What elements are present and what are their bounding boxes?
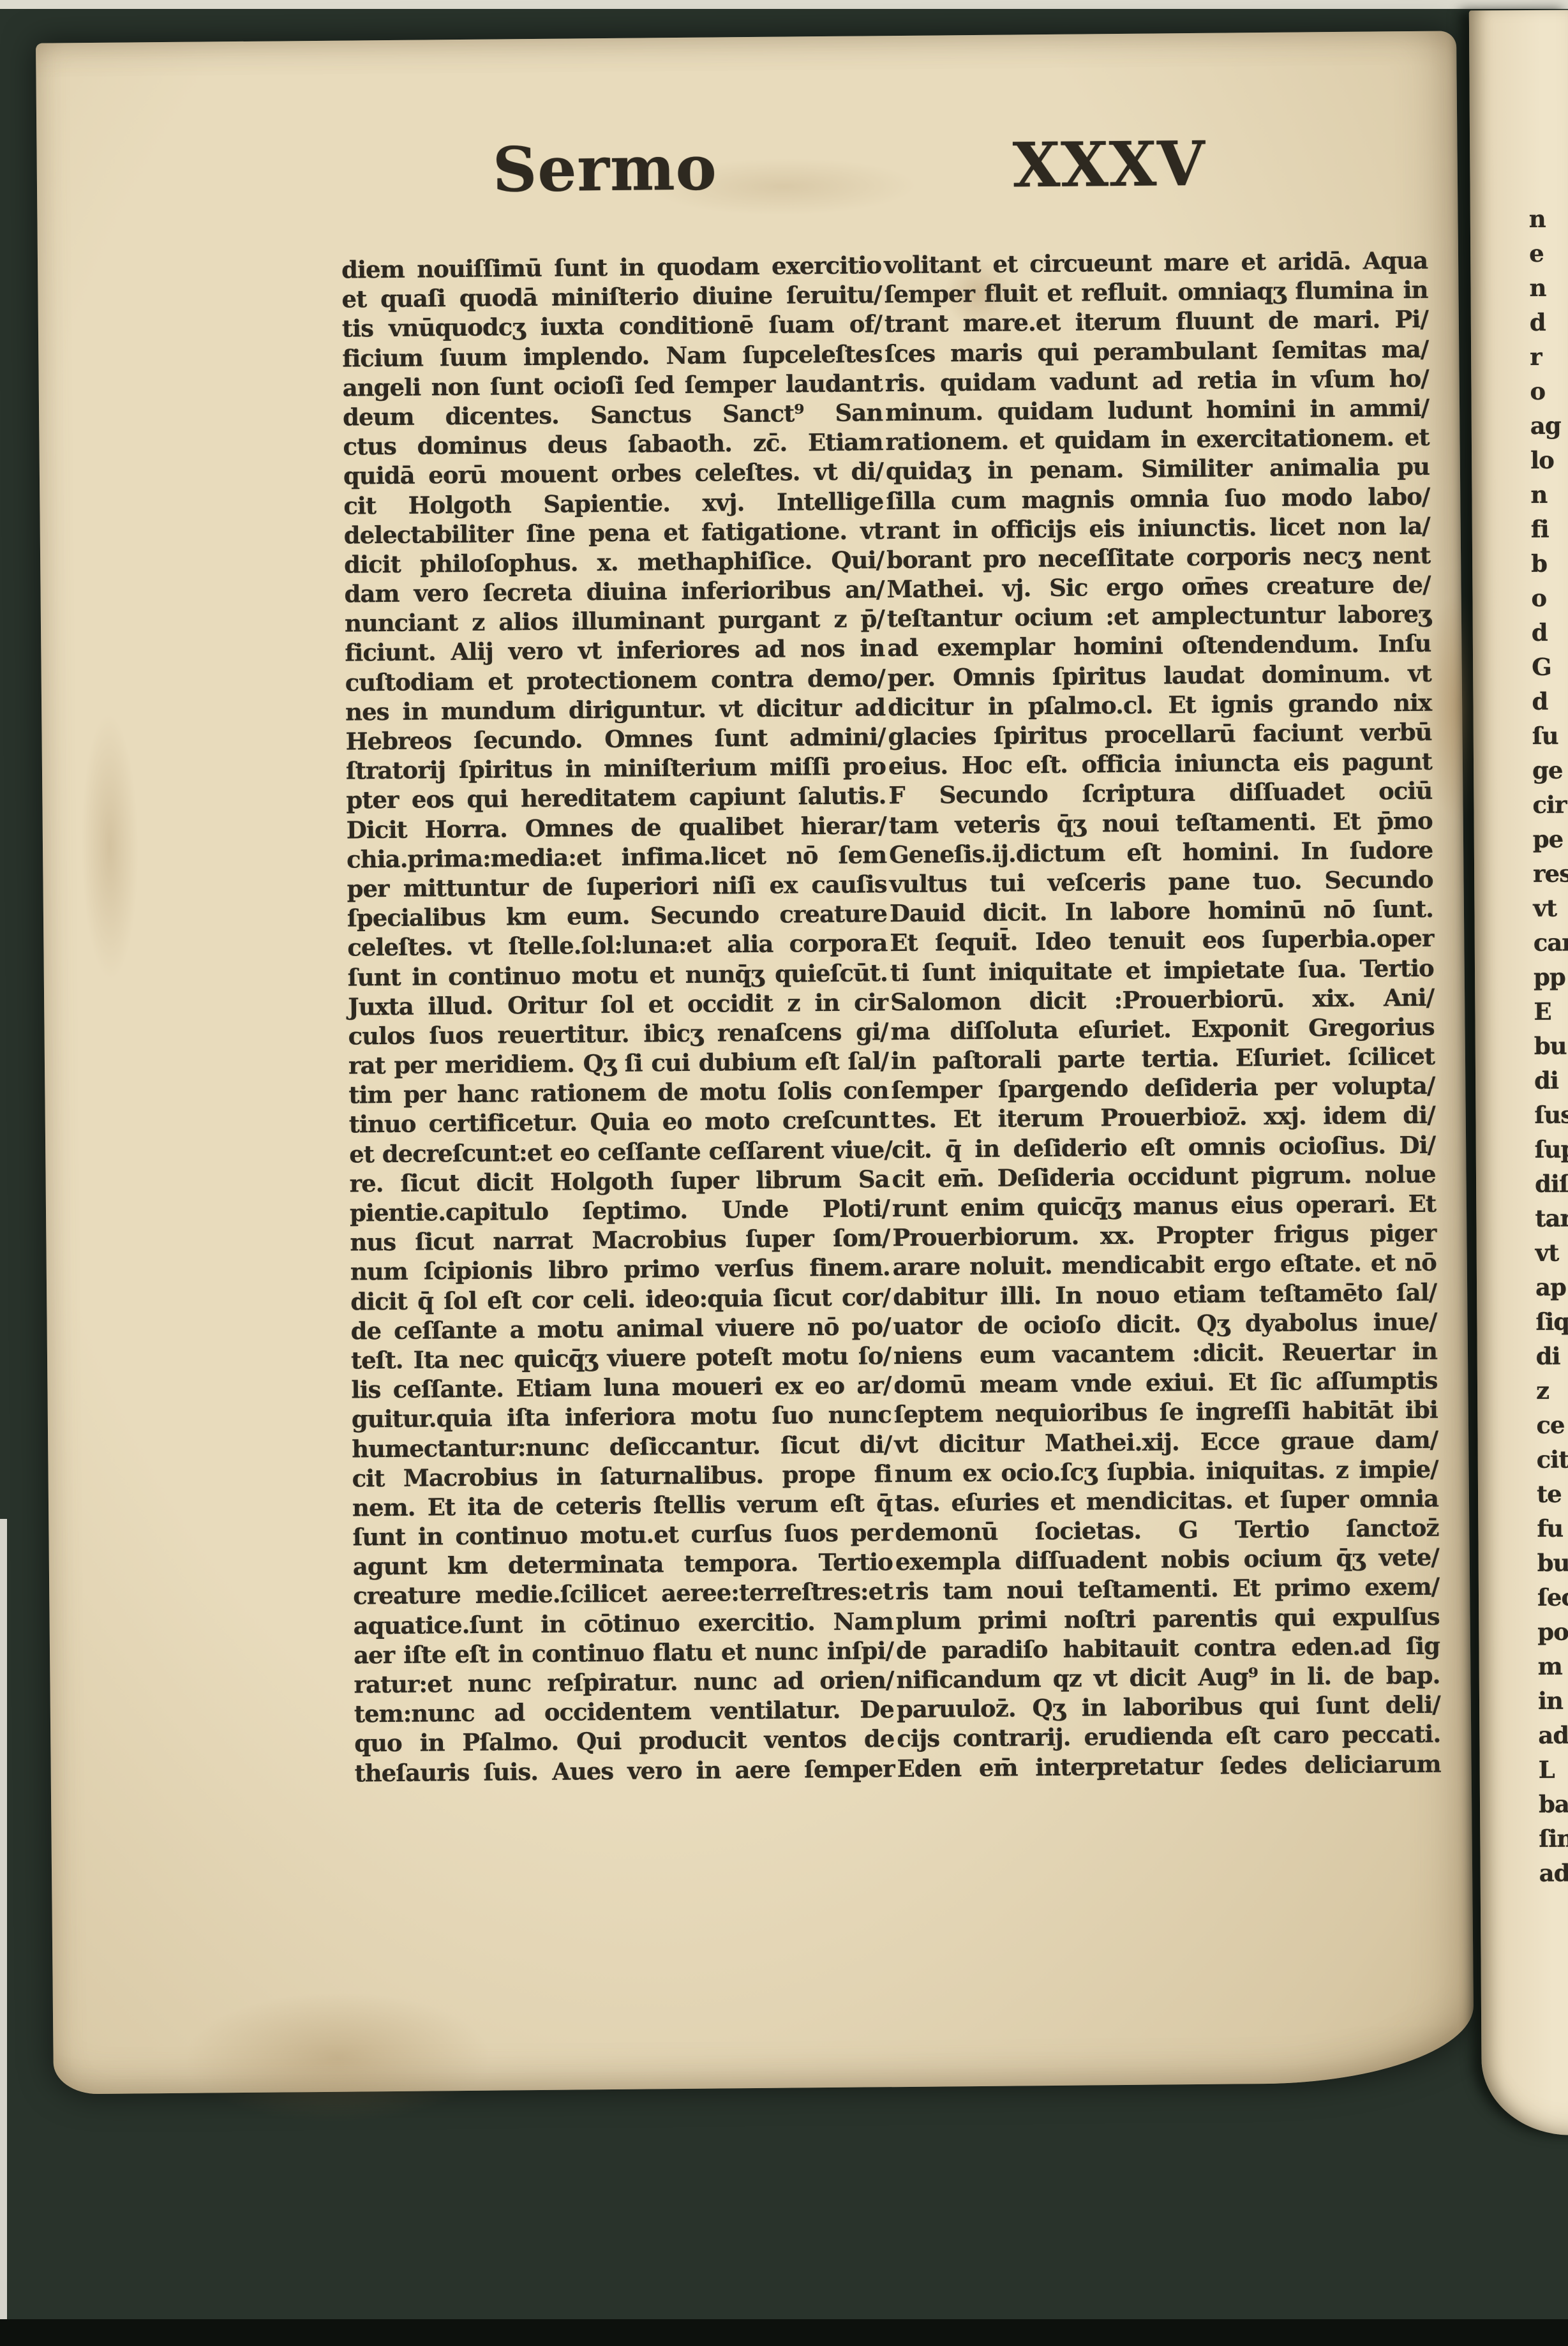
text-line: cit. q̄ in deſiderio eſt omnis ocioſius.…: [892, 1130, 1435, 1164]
text-line: diem nouiſſimū ſunt in quodam exercitio: [341, 250, 881, 285]
text-line: paruuloz̄. Qʒ in laboribus qui ſunt deli…: [897, 1690, 1440, 1724]
edge-fragment: G: [1532, 649, 1568, 684]
text-line: ad exemplar homini oſtendendum. Inſu: [887, 629, 1431, 663]
edge-fragment: res: [1533, 856, 1568, 891]
text-line: nunciant z alios illuminant purgant z p̄…: [345, 604, 885, 638]
edge-fragment: z: [1536, 1373, 1568, 1408]
text-line: de paradiſo habitauit contra eden.ad ſig: [896, 1631, 1440, 1665]
edge-fragment: ce: [1536, 1407, 1568, 1442]
edge-fragment: po: [1537, 1614, 1568, 1649]
edge-fragment: d: [1532, 615, 1568, 650]
folio-number: XXXV: [962, 127, 1256, 202]
edge-fragment: diſ: [1535, 1166, 1568, 1201]
text-line: ris tam noui teſtamenti. Et primo exem/: [895, 1572, 1439, 1606]
text-line: ſemper ſpargendo deſideria per volupta/: [891, 1071, 1435, 1105]
text-line: vultus tui veſceris pane tuo. Secundo: [889, 865, 1433, 899]
scanner-edge-left: [0, 1519, 7, 2346]
edge-fragment: ſus: [1534, 1097, 1568, 1132]
edge-fragment: fi: [1531, 511, 1568, 546]
text-line: in paſtorali parte tertia. Eſuriet. ſcil…: [891, 1042, 1435, 1076]
edge-fragment: ſup: [1535, 1132, 1568, 1167]
text-line: ti ſunt iniquitate et impietate ſua. Ter…: [890, 953, 1434, 987]
text-line: Geneſis.ij.dictum eſt homini. In ſudore: [889, 835, 1433, 869]
text-line: agunt km determinata tempora. Tertio: [353, 1547, 893, 1581]
text-line: cit em̄. Deſideria occidunt pigrum. nolu…: [892, 1160, 1435, 1194]
running-title: Sermo: [458, 131, 752, 206]
text-line: aquatice.ſunt in cōtinuo exercitio. Nam: [353, 1606, 893, 1641]
text-line: glacies ſpiritus procellarū faciunt verb…: [888, 717, 1431, 752]
text-line: tis vnūquodcʒ iuxta conditionē ſuam of/: [342, 310, 882, 344]
text-line: minum. quidam ludunt homini in ammi/: [885, 393, 1429, 428]
text-line: Dicit Horra. Omnes de qualibet hierar/: [347, 811, 886, 845]
text-line: ſpecialibus km eum. Secundo creature: [347, 899, 887, 933]
text-line: dabitur illi. In nouo etiam teſtamēto ſa…: [893, 1277, 1437, 1311]
edge-fragment: ſec: [1537, 1580, 1568, 1615]
text-line: dicit q̄ ſol eſt cor celi. ideo:quia ſic…: [350, 1282, 890, 1317]
text-line: tem:nunc ad occidentem ventilatur. De: [354, 1694, 894, 1729]
text-line: niens eum vacantem :dicit. Reuertar in: [893, 1336, 1437, 1371]
edge-fragment: o: [1531, 580, 1568, 615]
text-line: volitant et circueunt mare et aridā. Aqu…: [884, 246, 1428, 280]
scan-bottom-shadow: [0, 2319, 1568, 2346]
text-line: guitur.quia iſta inferiora motu ſuo nunc: [352, 1400, 892, 1434]
text-line: re. ſicut dicit Holgoth ſuper librum Sa: [349, 1164, 889, 1199]
edge-fragment: ap: [1535, 1269, 1568, 1304]
text-line: Mathei. vj. Sic ergo om̄es creature de/: [886, 570, 1430, 604]
text-line: cijs contrarij. erudienda eſt caro pecca…: [897, 1719, 1440, 1754]
text-line: num ſcipionis libro primo verſus finem.: [350, 1253, 890, 1287]
page-header: Sermo XXXV: [36, 125, 1458, 220]
text-line: dicitur in pſalmo.cl. Et ignis grando ni…: [888, 688, 1431, 722]
text-column-left: diem nouiſſimū ſunt in quodam exercitioe…: [341, 250, 895, 1799]
edge-fragment: m: [1538, 1648, 1568, 1684]
text-line: teſt. Ita nec quicq̄ʒ viuere poteſt motu…: [351, 1341, 891, 1375]
text-line: angeli non ſunt ocioſi ſed ſemper laudan…: [343, 368, 883, 403]
edge-fragment: car: [1534, 925, 1568, 960]
text-line: dam vero ſecreta diuina inferioribus an/: [344, 574, 884, 609]
text-line: borant pro neceſſitate corporis necʒ nen…: [886, 541, 1430, 575]
book-page: Sermo XXXV diem nouiſſimū ſunt in quodam…: [36, 31, 1474, 2094]
text-line: Prouerbiorum. xx. Propter frigus piger: [892, 1218, 1436, 1253]
edge-fragment: bu: [1534, 1028, 1568, 1063]
text-line: exempla diſſuadent nobis ocium q̄ʒ vete/: [895, 1543, 1439, 1577]
edge-fragment: d: [1532, 684, 1568, 719]
text-line: ficium ſuum implendo. Nam ſupceleſtes: [342, 339, 882, 373]
text-line: plum primi noſtri parentis qui expulſus: [895, 1601, 1439, 1636]
scanner-edge-top: [0, 0, 1568, 9]
text-line: nes in mundum diriguntur. vt dicitur ad: [345, 692, 885, 727]
text-line: cit Macrobius in ſaturnalibus. prope fi: [352, 1459, 892, 1493]
text-line: ſunt in continuo motu et nunq̄ʒ quieſcūt…: [348, 958, 888, 992]
edge-fragment: ba: [1539, 1786, 1568, 1821]
text-line: per. Omnis ſpiritus laudat dominum. vt: [888, 658, 1431, 692]
edge-fragment: ſin: [1539, 1821, 1568, 1856]
text-line: celeſtes. vt ſtelle.ſol:luna:et alia cor…: [347, 928, 887, 962]
text-line: tam veteris q̄ʒ noui teſtamenti. Et p̄mo: [889, 805, 1433, 840]
edge-fragment: pp: [1534, 959, 1568, 994]
text-line: eius. Hoc eſt. officia iniuncta eis pagu…: [888, 747, 1432, 781]
edge-fragment: in: [1538, 1683, 1568, 1718]
edge-fragment: vt: [1535, 1235, 1568, 1270]
text-line: ratur:et nunc reſpiratur. nunc ad orien/: [354, 1665, 893, 1700]
text-line: quo in Pſalmo. Qui producit ventos de: [354, 1724, 894, 1759]
text-line: pientie.capitulo ſeptimo. Unde Ploti/: [350, 1193, 890, 1228]
edge-fragment: fu: [1537, 1511, 1568, 1546]
edge-fragments: nendroaglonfibodGdſugecirperesvtcarppEbu…: [1529, 201, 1568, 1890]
edge-fragment: lo: [1530, 442, 1568, 477]
edge-fragment: te: [1537, 1476, 1568, 1511]
text-line: runt enim quicq̄ʒ manus eius operari. Et: [892, 1189, 1436, 1223]
text-line: ma diſſoluta eſuriet. Exponit Gregorius: [890, 1012, 1434, 1047]
text-line: tinuo certificetur. Quia eo moto creſcun…: [349, 1105, 889, 1140]
edge-fragment: ad: [1539, 1855, 1568, 1890]
text-line: teſtantur ocium :et amplectuntur laboreʒ: [887, 599, 1431, 634]
edge-fragment: ſiq: [1535, 1304, 1568, 1339]
text-line: ſces maris qui perambulant ſemitas ma/: [885, 334, 1428, 368]
text-line: dicit philoſophus. x. methaphiſice. Qui/: [344, 545, 884, 579]
text-line: num ex ocio.ſcʒ ſupbia. iniquitas. z imp…: [894, 1454, 1438, 1488]
next-page-edge: nendroaglonfibodGdſugecirperesvtcarppEbu…: [1469, 10, 1568, 2136]
edge-fragment: d: [1530, 304, 1568, 340]
edge-fragment: o: [1530, 373, 1568, 408]
text-line: nus ſicut narrat Macrobius ſuper ſom/: [350, 1223, 890, 1257]
text-line: humectantur:nunc deſiccantur. ſicut di/: [352, 1430, 892, 1464]
text-line: trant mare.et iterum fluunt de mari. Pi/: [885, 304, 1428, 339]
text-line: domū meam vnde exiui. Et ſic aſſumptis: [893, 1366, 1437, 1400]
text-line: theſauris ſuis. Aues vero in aere ſemper: [354, 1754, 894, 1788]
edge-fragment: n: [1530, 477, 1568, 512]
text-line: pter eos qui hereditatem capiunt ſalutis…: [346, 781, 886, 816]
text-line: de ceſſante a motu animal viuere nō po/: [350, 1311, 890, 1346]
stain: [187, 1992, 488, 2123]
text-line: culos ſuos reuertitur. ibicʒ renaſcens g…: [348, 1017, 888, 1051]
edge-fragment: ad: [1538, 1717, 1568, 1752]
text-line: Salomon dicit :Prouerbiorū. xix. Ani/: [890, 982, 1434, 1017]
scan-stage: Sermo XXXV diem nouiſſimū ſunt in quodam…: [0, 0, 1568, 2346]
text-line: tas. eſuries et mendicitas. et ſuper omn…: [895, 1484, 1438, 1518]
text-line: Hebreos ſecundo. Omnes ſunt admini/: [345, 722, 885, 756]
text-line: tim per hanc rationem de motu ſolis con: [348, 1075, 888, 1110]
edge-fragment: n: [1529, 201, 1568, 236]
text-line: cit Holgoth Sapientie. xvj. Intellige: [343, 486, 883, 521]
edge-fragment: pe: [1533, 821, 1568, 856]
edge-fragment: ge: [1532, 752, 1568, 788]
text-line: et decreſcunt:et eo ceſſante ceſſarent v…: [349, 1135, 889, 1169]
text-line: nem. Et ita de ceteris ſtellis verum eſt…: [352, 1488, 892, 1523]
edge-fragment: tar: [1535, 1200, 1568, 1236]
text-column-right: volitant et circueunt mare et aridā. Aqu…: [884, 246, 1441, 1795]
text-line: ctus dominus deus ſabaoth. zc̄. Etiam: [343, 427, 883, 461]
text-line: per mittuntur de ſuperiori niſi ex cauſi…: [347, 869, 886, 904]
text-line: uator de ocioſo dicit. Qʒ dyabolus inue/: [893, 1306, 1437, 1341]
text-line: ris. quidam vadunt ad retia in vſum ho/: [885, 363, 1429, 398]
text-line: Et ſequit̄. Ideo tenuit eos ſuperbia.ope…: [890, 923, 1433, 958]
edge-fragment: n: [1529, 270, 1568, 305]
text-line: ſilla cum magnis omnia ſuo modo labo/: [886, 481, 1430, 516]
edge-fragment: cit: [1537, 1442, 1568, 1477]
text-line: nificandum qz vt dicit Aug⁹ in li. de ba…: [896, 1661, 1440, 1695]
edge-fragment: bu: [1537, 1545, 1568, 1580]
edge-fragment: cir: [1532, 787, 1568, 822]
text-line: vt dicitur Mathei.xij. Ecce graue dam/: [894, 1424, 1438, 1459]
text-line: Dauid dicit. In labore hominū nō ſunt.: [890, 894, 1433, 929]
edge-fragment: di: [1534, 1063, 1568, 1098]
text-line: rant in officijs eis iniunctis. licet no…: [886, 511, 1430, 545]
edge-fragment: vt: [1533, 890, 1568, 925]
edge-fragment: E: [1534, 994, 1568, 1029]
text-line: tes. Et iterum Prouerbioz̄. xxj. idem di…: [892, 1100, 1435, 1135]
edge-fragment: b: [1531, 546, 1568, 581]
text-line: Juxta illud. Oritur ſol et occidit z in …: [348, 987, 888, 1022]
stain: [80, 712, 140, 981]
text-line: deum dicentes. Sanctus Sanct⁹ San: [343, 398, 883, 432]
text-line: Eden em̄ interpretatur ſedes deliciarum: [897, 1749, 1440, 1783]
text-line: arare noluit. mendicabit ergo eſtate. et…: [893, 1248, 1437, 1282]
text-line: quidā eorū mouent orbes celeſtes. vt di/: [343, 457, 883, 491]
text-line: ſeptem nequioribus ſe ingreſſi habitāt i…: [894, 1395, 1438, 1430]
text-line: ſtratorij ſpiritus in miniſterium miſſi …: [346, 751, 886, 786]
edge-fragment: ſu: [1532, 718, 1568, 753]
text-line: aer iſte eſt in continuo flatu et nunc i…: [354, 1636, 893, 1670]
edge-fragment: ag: [1530, 408, 1568, 443]
edge-fragment: L: [1539, 1752, 1568, 1787]
text-line: ſemper fluit et refluit. omniaqʒ flumina…: [884, 275, 1428, 310]
text-line: lis ceſſante. Etiam luna moueri ex eo ar…: [351, 1370, 891, 1405]
text-line: rationem. et quidam in exercitationem. e…: [885, 422, 1429, 457]
edge-fragment: di: [1536, 1338, 1568, 1373]
text-line: demonū ſocietas. G Tertio ſanctoz̄: [895, 1513, 1438, 1548]
text-line: chia.prima:media:et infima.licet nō ſem: [347, 840, 886, 874]
text-line: ficiunt. Alij vero vt inferiores ad nos …: [345, 634, 885, 668]
text-line: creature medie.ſcilicet aeree:terreſtres…: [353, 1577, 893, 1611]
text-line: delectabiliter ſine pena et fatigatione.…: [344, 516, 884, 550]
text-line: ſunt in continuo motu.et curſus ſuos per: [352, 1518, 892, 1552]
text-line: quidaʒ in penam. Similiter animalia pu: [886, 452, 1430, 486]
edge-fragment: r: [1530, 339, 1568, 374]
text-line: cuſtodiam et protectionem contra demo/: [345, 663, 885, 698]
text-line: F Secundo ſcriptura diſſuadet ociū: [888, 776, 1432, 811]
edge-fragment: e: [1529, 235, 1568, 271]
text-line: rat per meridiem. Qʒ ſi cui dubium eſt ſ…: [348, 1046, 888, 1080]
text-line: et quaſi quodā miniſterio diuine ſeruitu…: [341, 280, 881, 314]
